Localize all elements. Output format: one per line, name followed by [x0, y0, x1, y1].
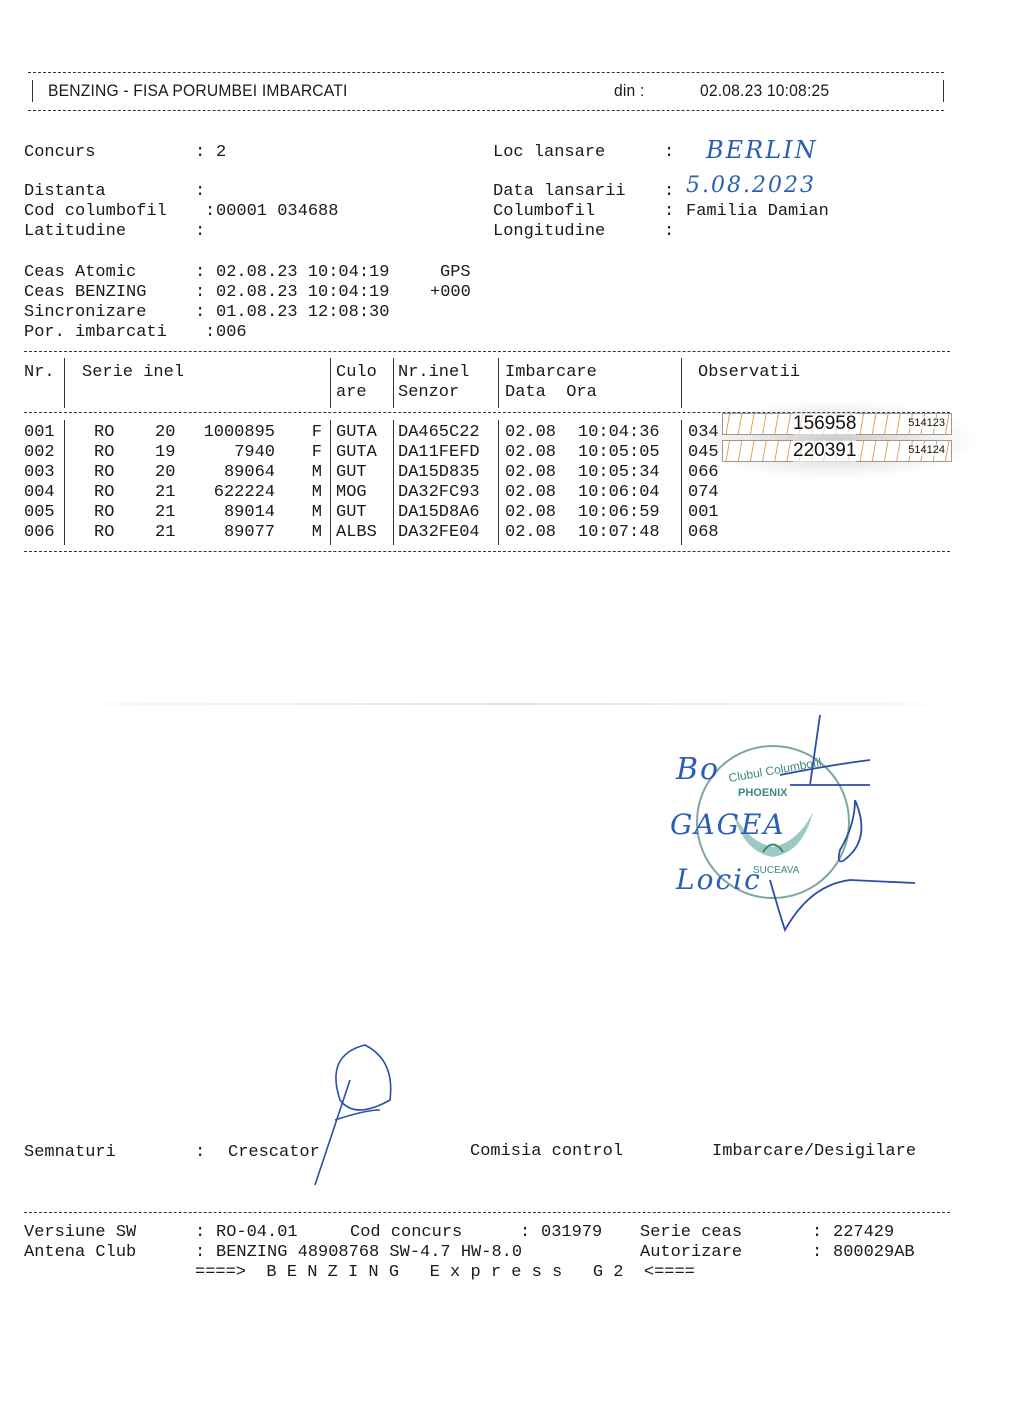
seal-tag-number: 156958 — [793, 413, 856, 435]
semnaturi-label: Semnaturi — [24, 1143, 116, 1163]
ceas-benzing-sep: : — [195, 283, 205, 303]
table-cell-sex: M — [202, 483, 322, 503]
crescator-label: Crescator — [228, 1143, 320, 1163]
por-imbarcati-sep: : — [205, 323, 215, 343]
cod-columbofil-label: Cod columbofil — [24, 202, 167, 222]
col-divider — [64, 420, 65, 545]
table-cell-nr: 006 — [24, 523, 55, 543]
col-header-observatii: Observatii — [698, 363, 800, 383]
table-cell-time: 10:06:59 — [578, 503, 660, 523]
sincronizare-label: Sincronizare — [24, 303, 146, 323]
table-cell-time: 10:04:36 — [578, 423, 660, 443]
table-cell-color: GUTA — [336, 443, 377, 463]
concurs-sep: : — [195, 143, 205, 163]
table-cell-sex: F — [202, 423, 322, 443]
table-cell-time: 10:05:05 — [578, 443, 660, 463]
table-cell-color: MOG — [336, 483, 367, 503]
antena-club-value: BENZING 48908768 SW-4.7 HW-8.0 — [216, 1243, 522, 1263]
benzing-express-banner: ====> B E N Z I N G E x p r e s s G 2 <=… — [195, 1263, 695, 1283]
seal-tag: 156958 514123 — [722, 413, 952, 435]
columbofil-sep: : — [664, 202, 674, 222]
por-imbarcati-label: Por. imbarcati — [24, 323, 167, 343]
ceas-atomic-suffix: GPS — [440, 263, 471, 283]
seal-tag-number: 220391 — [793, 440, 856, 462]
table-cell-color: ALBS — [336, 523, 377, 543]
loc-lansare-sep: : — [664, 143, 674, 163]
col-header-culoare-1: Culo — [336, 363, 377, 383]
committee-signatures-icon — [660, 705, 940, 945]
col-header-imbarcare-2: Data Ora — [505, 383, 597, 403]
seal-tag-code: 514124 — [908, 444, 945, 456]
columbofil-label: Columbofil — [493, 202, 595, 222]
comisia-control-label: Comisia control — [470, 1142, 623, 1162]
sincronizare-value: 01.08.23 12:08:30 — [216, 303, 389, 323]
cod-concurs-sep: : — [520, 1223, 530, 1243]
cod-concurs-label: Cod concurs — [350, 1223, 462, 1243]
sincronizare-sep: : — [195, 303, 205, 323]
header-bottom-rule — [28, 110, 944, 111]
serie-ceas-value: 227429 — [833, 1223, 894, 1243]
imbarcare-desigilare-label: Imbarcare/Desigilare — [712, 1142, 916, 1162]
autorizare-label: Autorizare — [640, 1243, 742, 1263]
col-header-culoare-2: are — [336, 383, 367, 403]
table-cell-sensor: DA32FE04 — [398, 523, 480, 543]
table-top-rule — [24, 351, 950, 352]
col-divider — [393, 358, 394, 408]
cod-concurs-value: 031979 — [541, 1223, 602, 1243]
table-cell-country: RO — [94, 483, 114, 503]
col-divider — [330, 420, 331, 545]
table-cell-time: 10:07:48 — [578, 523, 660, 543]
table-cell-color: GUT — [336, 503, 367, 523]
table-cell-country: RO — [94, 423, 114, 443]
table-cell-country: RO — [94, 503, 114, 523]
col-header-nr: Nr. — [24, 363, 55, 383]
concurs-label: Concurs — [24, 143, 95, 163]
din-label: din : — [614, 81, 644, 101]
loc-lansare-label: Loc lansare — [493, 143, 605, 163]
versiune-sw-sep: : — [195, 1223, 205, 1243]
columbofil-value: Familia Damian — [686, 202, 829, 222]
versiune-sw-value: RO-04.01 — [216, 1223, 298, 1243]
serie-ceas-sep: : — [812, 1223, 822, 1243]
ceas-atomic-sep: : — [195, 263, 205, 283]
ceas-benzing-offset: +000 — [430, 283, 471, 303]
table-cell-sex: M — [202, 463, 322, 483]
serie-ceas-label: Serie ceas — [640, 1223, 742, 1243]
table-cell-time: 10:05:34 — [578, 463, 660, 483]
table-cell-country: RO — [94, 523, 114, 543]
col-divider — [498, 358, 499, 408]
ceas-atomic-label: Ceas Atomic — [24, 263, 136, 283]
col-divider — [393, 420, 394, 545]
header-top-rule — [28, 72, 944, 73]
autorizare-sep: : — [812, 1243, 822, 1263]
cod-columbofil-sep: : — [205, 202, 215, 222]
data-lansarii-handwritten: 5.08.2023 — [686, 176, 816, 196]
distanta-label: Distanta — [24, 182, 106, 202]
header-right-bar — [943, 80, 944, 102]
document-title: BENZING - FISA PORUMBEI IMBARCATI — [48, 81, 348, 101]
table-cell-obs: 074 — [688, 483, 719, 503]
table-cell-sex: M — [202, 503, 322, 523]
header-left-bar — [32, 80, 33, 102]
table-cell-sensor: DA15D8A6 — [398, 503, 480, 523]
table-cell-sex: M — [202, 523, 322, 543]
table-cell-sex: F — [202, 443, 322, 463]
table-cell-sensor: DA15D835 — [398, 463, 480, 483]
latitudine-label: Latitudine — [24, 222, 126, 242]
ceas-benzing-label: Ceas BENZING — [24, 283, 146, 303]
table-cell-nr: 005 — [24, 503, 55, 523]
col-divider — [64, 358, 65, 408]
col-divider — [681, 420, 682, 545]
table-cell-date: 02.08 — [505, 423, 556, 443]
data-lansarii-label: Data lansarii — [493, 182, 626, 202]
table-cell-sensor: DA465C22 — [398, 423, 480, 443]
din-timestamp: 02.08.23 10:08:25 — [700, 81, 829, 101]
table-cell-date: 02.08 — [505, 483, 556, 503]
table-cell-date: 02.08 — [505, 443, 556, 463]
col-header-senzor-2: Senzor — [398, 383, 459, 403]
table-cell-sensor: DA11FEFD — [398, 443, 480, 463]
footer-rule — [24, 1212, 950, 1213]
antena-club-sep: : — [195, 1243, 205, 1263]
table-cell-nr: 003 — [24, 463, 55, 483]
distanta-sep: : — [195, 182, 205, 202]
seal-tag: 220391 514124 — [722, 440, 952, 462]
col-header-serie: Serie inel — [82, 363, 184, 383]
table-cell-sensor: DA32FC93 — [398, 483, 480, 503]
latitudine-sep: : — [195, 222, 205, 242]
longitudine-sep: : — [664, 222, 674, 242]
table-cell-color: GUTA — [336, 423, 377, 443]
autorizare-value: 800029AB — [833, 1243, 915, 1263]
table-bottom-rule — [24, 551, 950, 552]
table-cell-date: 02.08 — [505, 523, 556, 543]
ceas-atomic-value: 02.08.23 10:04:19 — [216, 263, 389, 283]
col-header-imbarcare-1: Imbarcare — [505, 363, 597, 383]
loc-lansare-handwritten: BERLIN — [706, 140, 818, 160]
ceas-benzing-value: 02.08.23 10:04:19 — [216, 283, 389, 303]
concurs-value: 2 — [216, 143, 226, 163]
table-cell-country: RO — [94, 443, 114, 463]
col-header-senzor-1: Nr.inel — [398, 363, 469, 383]
longitudine-label: Longitudine — [493, 222, 605, 242]
col-divider — [498, 420, 499, 545]
cod-columbofil-value: 00001 034688 — [216, 202, 338, 222]
table-cell-date: 02.08 — [505, 463, 556, 483]
por-imbarcati-value: 006 — [216, 323, 247, 343]
versiune-sw-label: Versiune SW — [24, 1223, 136, 1243]
table-cell-country: RO — [94, 463, 114, 483]
seal-tag-code: 514123 — [908, 417, 945, 429]
col-divider — [330, 358, 331, 408]
table-cell-nr: 002 — [24, 443, 55, 463]
semnaturi-sep: : — [195, 1143, 205, 1163]
table-cell-nr: 001 — [24, 423, 55, 443]
data-lansarii-sep: : — [664, 182, 674, 202]
table-cell-time: 10:06:04 — [578, 483, 660, 503]
col-divider — [681, 358, 682, 408]
breeder-signature-icon — [295, 1040, 405, 1190]
table-cell-obs: 001 — [688, 503, 719, 523]
table-cell-color: GUT — [336, 463, 367, 483]
table-cell-obs: 068 — [688, 523, 719, 543]
table-cell-date: 02.08 — [505, 503, 556, 523]
table-cell-nr: 004 — [24, 483, 55, 503]
antena-club-label: Antena Club — [24, 1243, 136, 1263]
